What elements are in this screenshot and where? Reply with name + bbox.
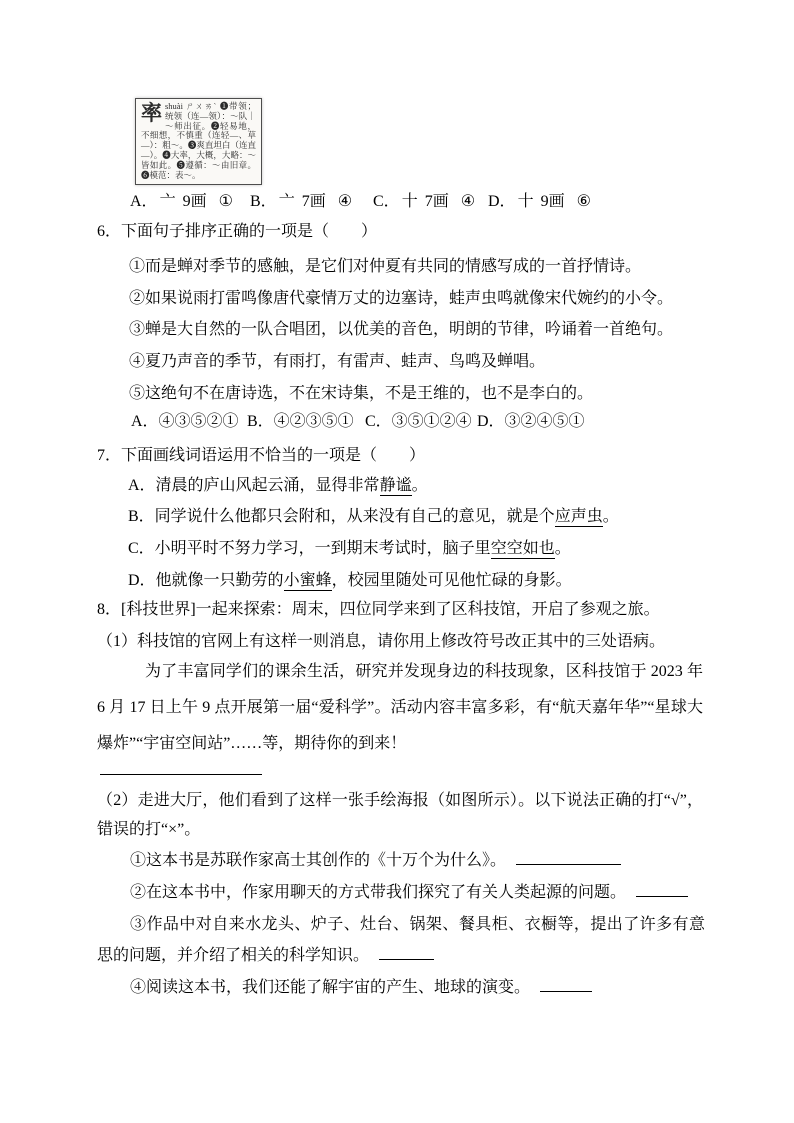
q8-part2-stem: （2）走进大厅，他们看到了这样一张手绘海报（如图所示）。以下说法正确的打“√”，… [97, 786, 703, 844]
q7-option-c-text: C．小明平时不努力学习，一到期末考试时，脑子里 [128, 540, 491, 557]
q6-sentence-3: ③蝉是大自然的一队合唱团，以优美的音色，明朗的节律，吟诵着一首绝句。 [129, 316, 673, 339]
q7-option-b-underlined-word: 应声虫 [555, 508, 603, 527]
q6-option-c: C．③⑤①②④ [365, 408, 472, 431]
q6-option-a: A．④③⑤②① [131, 408, 239, 431]
q5-option-c-radical: 十 [402, 193, 418, 210]
q7-option-b: B．同学说什么他都只会附和，从来没有自己的意见，就是个应声虫。 [128, 503, 619, 526]
q5-options-row: A．亠9画① B．亠7画④ C．十7画④ D．十9画⑥ [0, 188, 794, 210]
q6-option-d: D．③②④⑤① [477, 408, 585, 431]
q5-option-a: A．亠9画① [130, 188, 233, 211]
q8-statement-1: ①这本书是苏联作家高士其创作的《十万个为什么》。 [97, 845, 705, 876]
q5-option-c-sense: ④ [461, 193, 475, 210]
q5-option-b: B．亠7画④ [250, 188, 352, 211]
q5-option-c: C．十7画④ [373, 188, 475, 211]
q6-sentence-5: ⑤这绝句不在唐诗选，不在宋诗集，不是王维的，也不是李白的。 [129, 380, 593, 403]
dictionary-entry-image: 率shuài ㄕㄨㄞˋ ❶带领；统领（连—领）：～队｜～师出征。❷轻易地，不细想… [135, 98, 262, 185]
q7-option-a: A．清晨的庐山风起云涌，显得非常静谧。 [128, 472, 428, 495]
q6-sentence-2: ②如果说雨打雷鸣像唐代豪情万丈的边塞诗，蛙声虫鸣就像宋代婉约的小令。 [129, 285, 673, 308]
q5-option-b-strokes: 7画 [302, 193, 326, 210]
q5-option-a-sense: ① [219, 193, 233, 210]
q8-statement-3: ③作品中对自来水龙头、炉子、灶台、锅架、餐具柜、衣橱等，提出了许多有意思的问题，… [97, 909, 705, 971]
answer-blank [516, 850, 621, 865]
q5-option-c-strokes: 7画 [425, 193, 449, 210]
q5-option-c-label: C． [373, 193, 400, 210]
q7-option-c: C．小明平时不努力学习，一到期末考试时，脑子里空空如也。 [128, 535, 571, 558]
q7-option-d-text: D．他就像一只勤劳的 [128, 572, 284, 589]
answer-blank [540, 977, 592, 992]
q5-option-d: D．十9画⑥ [488, 188, 591, 211]
q6-options-row: A．④③⑤②① B．④②③⑤① C．③⑤①②④ D．③②④⑤① [0, 408, 794, 430]
q7-stem: 7．下面画线词语运用不恰当的一项是（ ） [97, 442, 425, 465]
q7-option-b-text: B．同学说什么他都只会附和，从来没有自己的意见，就是个 [128, 508, 555, 525]
q6-sentence-1: ①而是蝉对季节的感触，是它们对仲夏有共同的情感写成的一首抒情诗。 [129, 253, 641, 276]
q7-option-a-post: 。 [412, 477, 428, 494]
q6-sentence-4: ④夏乃声音的季节，有雨打，有雷声、蛙声、鸟鸣及蝉唱。 [129, 348, 545, 371]
q5-option-d-radical: 十 [518, 193, 534, 210]
q7-option-b-post: 。 [603, 508, 619, 525]
answer-blank [379, 945, 434, 960]
q7-option-c-underlined-word: 空空如也 [491, 540, 555, 559]
answer-blank [636, 882, 688, 897]
q8-notice-passage: 为了丰富同学们的课余生活，研究并发现身边的科技现象，区科技馆于 2023 年 6… [97, 654, 703, 762]
q6-stem: 6．下面句子排序正确的一项是（ ） [97, 218, 377, 241]
q5-option-d-strokes: 9画 [541, 193, 565, 210]
answer-blank-line [100, 774, 262, 775]
q5-option-d-label: D． [488, 193, 516, 210]
q5-option-d-sense: ⑥ [577, 193, 591, 210]
q7-option-c-post: 。 [555, 540, 571, 557]
q5-option-b-sense: ④ [338, 193, 352, 210]
q5-option-b-label: B． [250, 193, 277, 210]
q5-option-a-strokes: 9画 [183, 193, 207, 210]
q5-option-b-radical: 亠 [279, 193, 295, 210]
q8-statement-2-text: ②在这本书中，作家用聊天的方式带我们探究了有关人类起源的问题。 [130, 884, 626, 901]
q8-statement-4: ④阅读这本书，我们还能了解宇宙的产生、地球的演变。 [97, 972, 705, 1003]
dictionary-headword: 率 [141, 102, 162, 124]
exam-page: 率shuài ㄕㄨㄞˋ ❶带领；统领（连—领）：～队｜～师出征。❷轻易地，不细想… [0, 0, 794, 1123]
q8-stem: 8．[科技世界]一起来探索：周末，四位同学来到了区科技馆，开启了参观之旅。 [97, 596, 660, 619]
q7-option-d-underlined-word: 小蜜蜂 [284, 572, 332, 591]
q8-part1-stem: （1）科技馆的官网上有这样一则消息，请你用上修改符号改正其中的三处语病。 [97, 628, 665, 651]
q7-option-a-text: A．清晨的庐山风起云涌，显得非常 [128, 477, 380, 494]
q5-option-a-radical: 亠 [160, 193, 176, 210]
q5-option-a-label: A． [130, 193, 158, 210]
q7-option-a-underlined-word: 静谧 [380, 477, 412, 496]
q8-statement-2: ②在这本书中，作家用聊天的方式带我们探究了有关人类起源的问题。 [97, 877, 705, 908]
q8-statement-1-text: ①这本书是苏联作家高士其创作的《十万个为什么》。 [130, 852, 506, 869]
q7-option-d: D．他就像一只勤劳的小蜜蜂，校园里随处可见他忙碌的身影。 [128, 567, 572, 590]
q7-option-d-post: ，校园里随处可见他忙碌的身影。 [332, 572, 572, 589]
q6-option-b: B．④②③⑤① [247, 408, 354, 431]
q8-statement-4-text: ④阅读这本书，我们还能了解宇宙的产生、地球的演变。 [130, 979, 530, 996]
